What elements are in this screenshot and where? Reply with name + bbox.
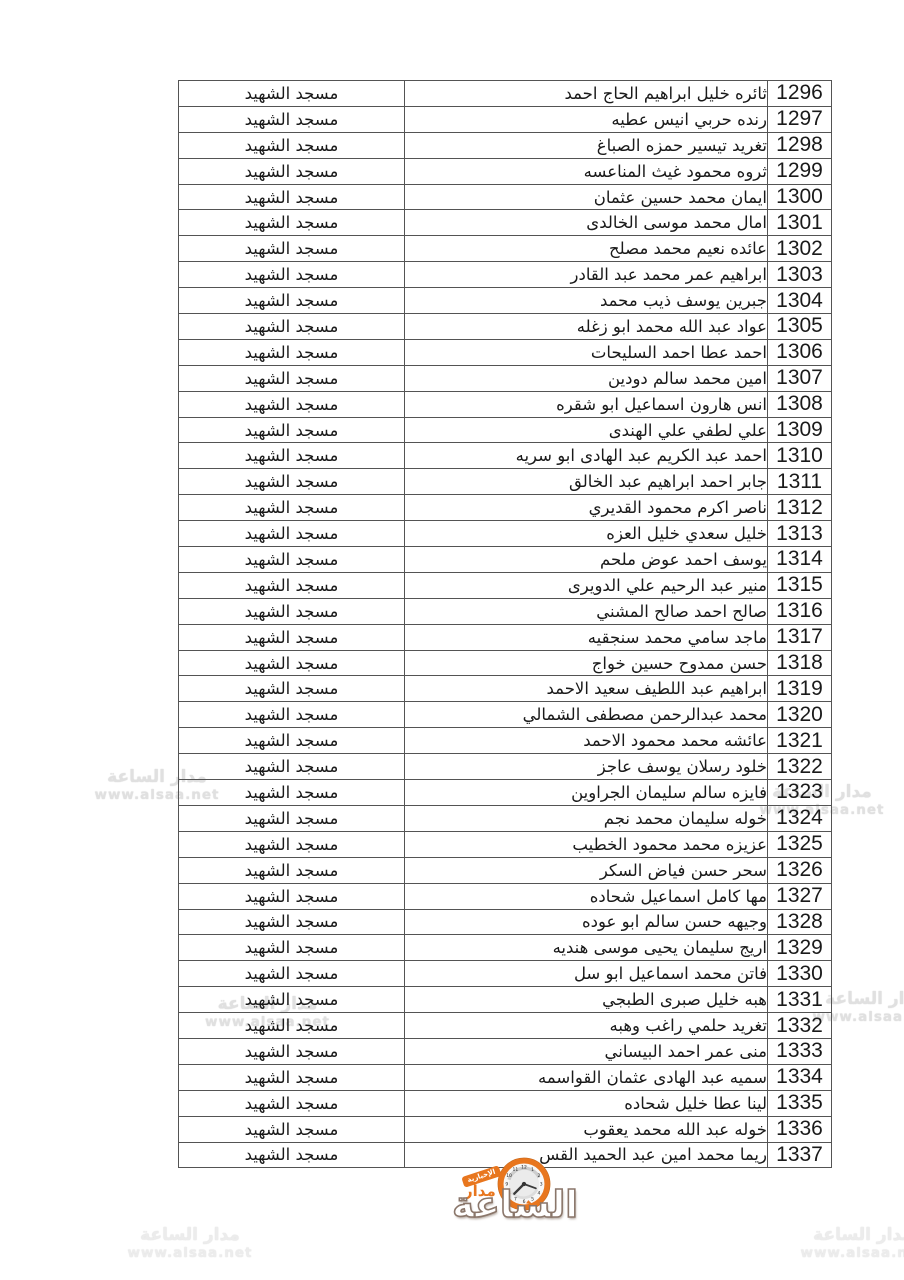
person-name-cell: جبرين يوسف ذيب محمد xyxy=(405,288,768,314)
row-number-cell: 1328 xyxy=(768,909,832,935)
table-row: مسجد الشهيد هبه خليل صبرى الطبجي 1331 xyxy=(179,987,832,1013)
row-number-cell: 1299 xyxy=(768,158,832,184)
person-name-cell: ابراهيم عبد اللطيف سعيد الاحمد xyxy=(405,676,768,702)
row-number-cell: 1331 xyxy=(768,987,832,1013)
person-name-cell: احمد عطا احمد السليحات xyxy=(405,339,768,365)
row-number-cell: 1307 xyxy=(768,365,832,391)
person-name-cell: ثائره خليل ابراهيم الحاج احمد xyxy=(405,81,768,107)
row-number-cell: 1301 xyxy=(768,210,832,236)
row-number-cell: 1310 xyxy=(768,443,832,469)
mosque-cell: مسجد الشهيد xyxy=(179,676,405,702)
person-name-cell: منير عبد الرحيم علي الدويرى xyxy=(405,572,768,598)
row-number-cell: 1319 xyxy=(768,676,832,702)
table-row: مسجد الشهيد منى عمر احمد البيساني 1333 xyxy=(179,1038,832,1064)
mosque-cell: مسجد الشهيد xyxy=(179,961,405,987)
watermark: مدار الساعة www.alsaa.net xyxy=(115,1226,265,1261)
person-name-cell: ابراهيم عمر محمد عبد القادر xyxy=(405,262,768,288)
row-number-cell: 1315 xyxy=(768,572,832,598)
row-number-cell: 1312 xyxy=(768,495,832,521)
row-number-cell: 1314 xyxy=(768,547,832,573)
table-row: مسجد الشهيد سحر حسن فياض السكر 1326 xyxy=(179,857,832,883)
mosque-cell: مسجد الشهيد xyxy=(179,1116,405,1142)
table-row: مسجد الشهيد خوله عبد الله محمد يعقوب 133… xyxy=(179,1116,832,1142)
person-name-cell: علي لطفي علي الهندى xyxy=(405,417,768,443)
watermark: مدار الساعة www.alsaa.net xyxy=(788,1226,904,1261)
table-row: مسجد الشهيد خليل سعدي خليل العزه 1313 xyxy=(179,521,832,547)
watermark-url: www.alsaa.net xyxy=(115,1246,265,1262)
row-number-cell: 1335 xyxy=(768,1090,832,1116)
row-number-cell: 1297 xyxy=(768,106,832,132)
mosque-cell: مسجد الشهيد xyxy=(179,883,405,909)
mosque-cell: مسجد الشهيد xyxy=(179,598,405,624)
table-row: مسجد الشهيد ثائره خليل ابراهيم الحاج احم… xyxy=(179,81,832,107)
row-number-cell: 1316 xyxy=(768,598,832,624)
mosque-cell: مسجد الشهيد xyxy=(179,624,405,650)
mosque-cell: مسجد الشهيد xyxy=(179,1064,405,1090)
row-number-cell: 1296 xyxy=(768,81,832,107)
table-row: مسجد الشهيد خلود رسلان يوسف عاجز 1322 xyxy=(179,754,832,780)
person-name-cell: مها كامل اسماعيل شحاده xyxy=(405,883,768,909)
mosque-cell: مسجد الشهيد xyxy=(179,495,405,521)
row-number-cell: 1309 xyxy=(768,417,832,443)
mosque-cell: مسجد الشهيد xyxy=(179,469,405,495)
person-name-cell: سميه عبد الهادى عثمان القواسمه xyxy=(405,1064,768,1090)
mosque-cell: مسجد الشهيد xyxy=(179,236,405,262)
person-name-cell: جابر احمد ابراهيم عبد الخالق xyxy=(405,469,768,495)
person-name-cell: خلود رسلان يوسف عاجز xyxy=(405,754,768,780)
table-row: مسجد الشهيد عواد عبد الله محمد ابو زغله … xyxy=(179,314,832,340)
person-name-cell: وجيهه حسن سالم ابو عوده xyxy=(405,909,768,935)
mosque-cell: مسجد الشهيد xyxy=(179,1090,405,1116)
row-number-cell: 1320 xyxy=(768,702,832,728)
table-row: مسجد الشهيد رنده حربي انيس عطيه 1297 xyxy=(179,106,832,132)
person-name-cell: امال محمد موسى الخالدى xyxy=(405,210,768,236)
row-number-cell: 1305 xyxy=(768,314,832,340)
person-name-cell: منى عمر احمد البيساني xyxy=(405,1038,768,1064)
svg-text:2: 2 xyxy=(537,1173,540,1179)
table-row: مسجد الشهيد مها كامل اسماعيل شحاده 1327 xyxy=(179,883,832,909)
alsaa-logo: 121234567891011 الإخبارية مدار الساعة xyxy=(452,1146,612,1246)
person-name-cell: تغريد حلمي راغب وهبه xyxy=(405,1013,768,1039)
mosque-cell: مسجد الشهيد xyxy=(179,288,405,314)
person-name-cell: ماجد سامي محمد سنجقيه xyxy=(405,624,768,650)
table-row: مسجد الشهيد علي لطفي علي الهندى 1309 xyxy=(179,417,832,443)
svg-text:10: 10 xyxy=(506,1173,512,1179)
mosque-cell: مسجد الشهيد xyxy=(179,339,405,365)
table-row: مسجد الشهيد عائده نعيم محمد مصلح 1302 xyxy=(179,236,832,262)
table-row: مسجد الشهيد صالح احمد صالح المشني 1316 xyxy=(179,598,832,624)
row-number-cell: 1323 xyxy=(768,780,832,806)
mosque-cell: مسجد الشهيد xyxy=(179,805,405,831)
person-name-cell: احمد عبد الكريم عبد الهادى ابو سريه xyxy=(405,443,768,469)
row-number-cell: 1326 xyxy=(768,857,832,883)
row-number-cell: 1321 xyxy=(768,728,832,754)
table-row: مسجد الشهيد تغريد تيسير حمزه الصباغ 1298 xyxy=(179,132,832,158)
table-row: مسجد الشهيد عزيزه محمد محمود الخطيب 1325 xyxy=(179,831,832,857)
row-number-cell: 1329 xyxy=(768,935,832,961)
row-number-cell: 1333 xyxy=(768,1038,832,1064)
person-name-cell: انس هارون اسماعيل ابو شقره xyxy=(405,391,768,417)
row-number-cell: 1322 xyxy=(768,754,832,780)
table-row: مسجد الشهيد تغريد حلمي راغب وهبه 1332 xyxy=(179,1013,832,1039)
person-name-cell: يوسف احمد عوض ملحم xyxy=(405,547,768,573)
table-row: مسجد الشهيد احمد عبد الكريم عبد الهادى ا… xyxy=(179,443,832,469)
mosque-cell: مسجد الشهيد xyxy=(179,857,405,883)
mosque-cell: مسجد الشهيد xyxy=(179,702,405,728)
row-number-cell: 1317 xyxy=(768,624,832,650)
person-name-cell: عائده نعيم محمد مصلح xyxy=(405,236,768,262)
person-name-cell: صالح احمد صالح المشني xyxy=(405,598,768,624)
mosque-cell: مسجد الشهيد xyxy=(179,1038,405,1064)
mosque-cell: مسجد الشهيد xyxy=(179,547,405,573)
person-name-cell: خوله سليمان محمد نجم xyxy=(405,805,768,831)
person-name-cell: تغريد تيسير حمزه الصباغ xyxy=(405,132,768,158)
mosque-cell: مسجد الشهيد xyxy=(179,935,405,961)
row-number-cell: 1298 xyxy=(768,132,832,158)
table-row: مسجد الشهيد وجيهه حسن سالم ابو عوده 1328 xyxy=(179,909,832,935)
table-row: مسجد الشهيد انس هارون اسماعيل ابو شقره 1… xyxy=(179,391,832,417)
person-name-cell: فايزه سالم سليمان الجراوين xyxy=(405,780,768,806)
mosque-cell: مسجد الشهيد xyxy=(179,81,405,107)
row-number-cell: 1311 xyxy=(768,469,832,495)
table-row: مسجد الشهيد جبرين يوسف ذيب محمد 1304 xyxy=(179,288,832,314)
row-number-cell: 1318 xyxy=(768,650,832,676)
mosque-cell: مسجد الشهيد xyxy=(179,728,405,754)
person-name-cell: سحر حسن فياض السكر xyxy=(405,857,768,883)
watermark-title: مدار الساعة xyxy=(115,1226,265,1246)
table-row: مسجد الشهيد احمد عطا احمد السليحات 1306 xyxy=(179,339,832,365)
mosque-cell: مسجد الشهيد xyxy=(179,909,405,935)
svg-text:12: 12 xyxy=(521,1164,527,1170)
table-row: مسجد الشهيد اريج سليمان يحيى موسى هنديه … xyxy=(179,935,832,961)
table-row: مسجد الشهيد ثروه محمود غيث المناعسه 1299 xyxy=(179,158,832,184)
table-row: مسجد الشهيد ماجد سامي محمد سنجقيه 1317 xyxy=(179,624,832,650)
table-row: مسجد الشهيد منير عبد الرحيم علي الدويرى … xyxy=(179,572,832,598)
mosque-cell: مسجد الشهيد xyxy=(179,132,405,158)
row-number-cell: 1325 xyxy=(768,831,832,857)
row-number-cell: 1330 xyxy=(768,961,832,987)
table-row: مسجد الشهيد ابراهيم عبد اللطيف سعيد الاح… xyxy=(179,676,832,702)
table-row: مسجد الشهيد ايمان محمد حسين عثمان 1300 xyxy=(179,184,832,210)
person-name-cell: هبه خليل صبرى الطبجي xyxy=(405,987,768,1013)
watermark-url: www.alsaa.net xyxy=(788,1246,904,1262)
svg-text:1: 1 xyxy=(531,1167,534,1173)
mosque-cell: مسجد الشهيد xyxy=(179,365,405,391)
mosque-cell: مسجد الشهيد xyxy=(179,106,405,132)
person-name-cell: رنده حربي انيس عطيه xyxy=(405,106,768,132)
table-row: مسجد الشهيد ناصر اكرم محمود القديري 1312 xyxy=(179,495,832,521)
row-number-cell: 1303 xyxy=(768,262,832,288)
mosque-cell: مسجد الشهيد xyxy=(179,210,405,236)
person-name-cell: عائشه محمد محمود الاحمد xyxy=(405,728,768,754)
table-row: مسجد الشهيد يوسف احمد عوض ملحم 1314 xyxy=(179,547,832,573)
mosque-cell: مسجد الشهيد xyxy=(179,1013,405,1039)
person-name-cell: خوله عبد الله محمد يعقوب xyxy=(405,1116,768,1142)
mosque-cell: مسجد الشهيد xyxy=(179,754,405,780)
watermark-title: مدار الساعة xyxy=(788,1226,904,1246)
row-number-cell: 1336 xyxy=(768,1116,832,1142)
mosque-cell: مسجد الشهيد xyxy=(179,650,405,676)
row-number-cell: 1324 xyxy=(768,805,832,831)
row-number-cell: 1308 xyxy=(768,391,832,417)
mosque-cell: مسجد الشهيد xyxy=(179,780,405,806)
row-number-cell: 1302 xyxy=(768,236,832,262)
person-name-cell: اريج سليمان يحيى موسى هنديه xyxy=(405,935,768,961)
person-name-cell: امين محمد سالم دودين xyxy=(405,365,768,391)
person-name-cell: عواد عبد الله محمد ابو زغله xyxy=(405,314,768,340)
person-name-cell: فاتن محمد اسماعيل ابو سل xyxy=(405,961,768,987)
row-number-cell: 1313 xyxy=(768,521,832,547)
person-name-cell: حسن ممدوح حسين خواج xyxy=(405,650,768,676)
table-row: مسجد الشهيد فايزه سالم سليمان الجراوين 1… xyxy=(179,780,832,806)
table-row: مسجد الشهيد لينا عطا خليل شحاده 1335 xyxy=(179,1090,832,1116)
table-row: مسجد الشهيد ابراهيم عمر محمد عبد القادر … xyxy=(179,262,832,288)
mosque-cell: مسجد الشهيد xyxy=(179,314,405,340)
table-row: مسجد الشهيد فاتن محمد اسماعيل ابو سل 133… xyxy=(179,961,832,987)
table-row: مسجد الشهيد محمد عبدالرحمن مصطفى الشمالي… xyxy=(179,702,832,728)
table-row: مسجد الشهيد امال محمد موسى الخالدى 1301 xyxy=(179,210,832,236)
table-row: مسجد الشهيد عائشه محمد محمود الاحمد 1321 xyxy=(179,728,832,754)
mosque-cell: مسجد الشهيد xyxy=(179,184,405,210)
person-name-cell: ناصر اكرم محمود القديري xyxy=(405,495,768,521)
svg-text:11: 11 xyxy=(513,1167,519,1173)
mosque-cell: مسجد الشهيد xyxy=(179,1142,405,1168)
mosque-cell: مسجد الشهيد xyxy=(179,443,405,469)
person-name-cell: لينا عطا خليل شحاده xyxy=(405,1090,768,1116)
row-number-cell: 1300 xyxy=(768,184,832,210)
names-roster-table: مسجد الشهيد ثائره خليل ابراهيم الحاج احم… xyxy=(178,80,832,1168)
row-number-cell: 1332 xyxy=(768,1013,832,1039)
mosque-cell: مسجد الشهيد xyxy=(179,417,405,443)
person-name-cell: محمد عبدالرحمن مصطفى الشمالي xyxy=(405,702,768,728)
mosque-cell: مسجد الشهيد xyxy=(179,987,405,1013)
table-row: مسجد الشهيد سميه عبد الهادى عثمان القواس… xyxy=(179,1064,832,1090)
row-number-cell: 1304 xyxy=(768,288,832,314)
table-row: مسجد الشهيد جابر احمد ابراهيم عبد الخالق… xyxy=(179,469,832,495)
row-number-cell: 1306 xyxy=(768,339,832,365)
row-number-cell: 1327 xyxy=(768,883,832,909)
mosque-cell: مسجد الشهيد xyxy=(179,572,405,598)
table-row: مسجد الشهيد امين محمد سالم دودين 1307 xyxy=(179,365,832,391)
mosque-cell: مسجد الشهيد xyxy=(179,391,405,417)
person-name-cell: خليل سعدي خليل العزه xyxy=(405,521,768,547)
mosque-cell: مسجد الشهيد xyxy=(179,521,405,547)
person-name-cell: ثروه محمود غيث المناعسه xyxy=(405,158,768,184)
row-number-cell: 1334 xyxy=(768,1064,832,1090)
person-name-cell: عزيزه محمد محمود الخطيب xyxy=(405,831,768,857)
row-number-cell: 1337 xyxy=(768,1142,832,1168)
logo-brand-main: الساعة xyxy=(466,1186,578,1223)
table-row: مسجد الشهيد حسن ممدوح حسين خواج 1318 xyxy=(179,650,832,676)
person-name-cell: ايمان محمد حسين عثمان xyxy=(405,184,768,210)
mosque-cell: مسجد الشهيد xyxy=(179,158,405,184)
scanned-document-page: مدار الساعة www.alsaa.net مدار الساعة ww… xyxy=(0,0,904,1280)
table-row: مسجد الشهيد خوله سليمان محمد نجم 1324 xyxy=(179,805,832,831)
mosque-cell: مسجد الشهيد xyxy=(179,262,405,288)
mosque-cell: مسجد الشهيد xyxy=(179,831,405,857)
